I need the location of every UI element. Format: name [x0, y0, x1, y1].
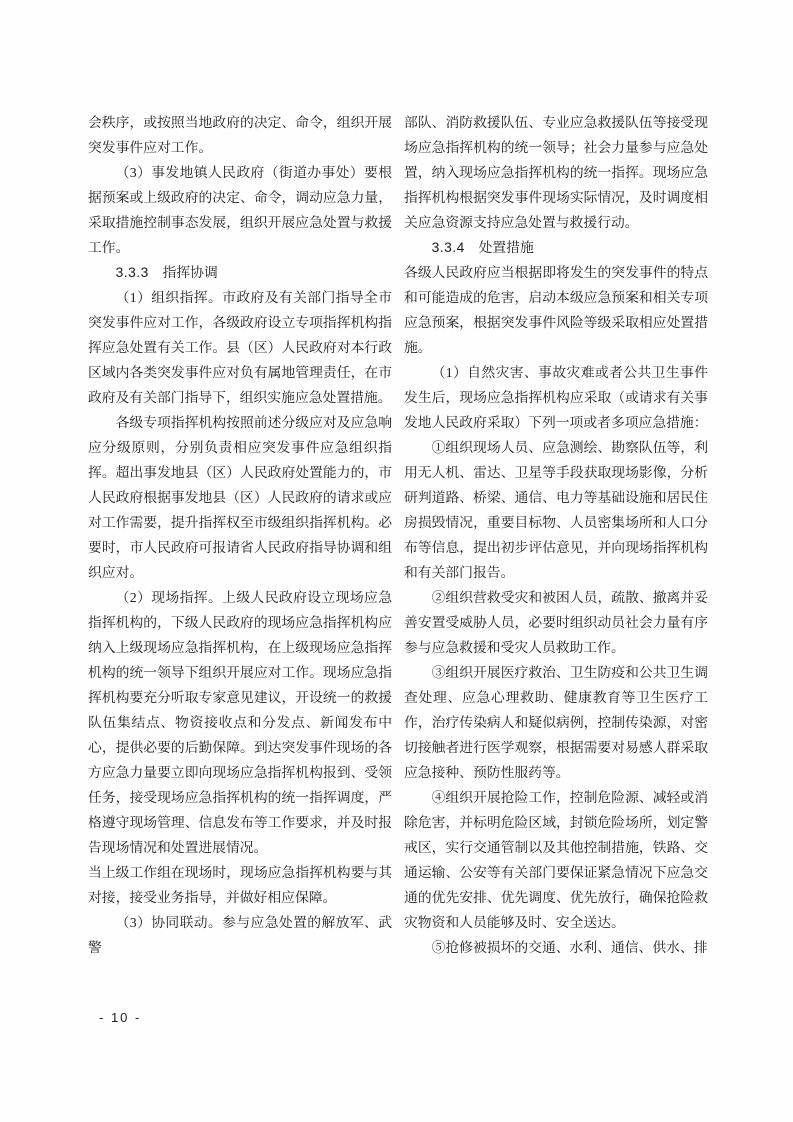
paragraph: （3）协同联动。参与应急处置的解放军、武警	[88, 910, 392, 960]
two-column-text-block: 会秩序，或按照当地政府的决定、命令，组织开展突发事件应对工作。（3）事发地镇人民…	[88, 110, 708, 960]
section-number: 3.3.4	[432, 240, 465, 255]
text-column-left: 会秩序，或按照当地政府的决定、命令，组织开展突发事件应对工作。（3）事发地镇人民…	[88, 110, 392, 960]
paragraph: ③组织开展医疗救治、卫生防疫和公共卫生调查处理、应急心理救助、健康教育等卫生医疗…	[404, 660, 708, 785]
paragraph: （1）组织指挥。市政府及有关部门指导全市突发事件应对工作，各级政府设立专项指挥机…	[88, 285, 392, 410]
paragraph: ⑤抢修被损坏的交通、水利、通信、供水、排	[404, 935, 708, 960]
paragraph: 会秩序，或按照当地政府的决定、命令，组织开展突发事件应对工作。	[88, 110, 392, 160]
page-number: - 10 -	[99, 1008, 141, 1028]
text-column-right: 部队、消防救援队伍、专业应急救援队伍等接受现场应急指挥机构的统一领导；社会力量参…	[404, 110, 708, 960]
paragraph: （3）事发地镇人民政府（街道办事处）要根据预案或上级政府的决定、命令，调动应急力…	[88, 160, 392, 260]
paragraph: ①组织现场人员、应急测绘、勘察队伍等，利用无人机、雷达、卫星等手段获取现场影像，…	[404, 435, 708, 585]
paragraph: ④组织开展抢险工作，控制危险源、减轻或消除危害，并标明危险区域，封锁危险场所，划…	[404, 785, 708, 935]
section-heading: 3.3.3指挥协调	[88, 260, 392, 285]
section-number: 3.3.3	[116, 265, 149, 280]
paragraph: 各级专项指挥机构按照前述分级应对及应急响应分级原则，分别负责相应突发事件应急组织…	[88, 410, 392, 585]
paragraph: （2）现场指挥。上级人民政府设立现场应急指挥机构的，下级人民政府的现场应急指挥机…	[88, 585, 392, 860]
paragraph: （1）自然灾害、事故灾难或者公共卫生事件发生后，现场应急指挥机构应采取（或请求有…	[404, 360, 708, 435]
document-page: 会秩序，或按照当地政府的决定、命令，组织开展突发事件应对工作。（3）事发地镇人民…	[0, 0, 793, 1122]
paragraph: 各级人民政府应当根据即将发生的突发事件的特点和可能造成的危害，启动本级应急预案和…	[404, 260, 708, 360]
section-title: 指挥协调	[163, 265, 218, 280]
section-title: 处置措施	[479, 240, 534, 255]
paragraph: 当上级工作组在现场时，现场应急指挥机构要与其对接，接受业务指导，并做好相应保障。	[88, 860, 392, 910]
section-heading: 3.3.4处置措施	[404, 235, 708, 260]
paragraph: 部队、消防救援队伍、专业应急救援队伍等接受现场应急指挥机构的统一领导；社会力量参…	[404, 110, 708, 235]
paragraph: ②组织营救受灾和被困人员，疏散、撤离并妥善安置受威胁人员，必要时组织动员社会力量…	[404, 585, 708, 660]
